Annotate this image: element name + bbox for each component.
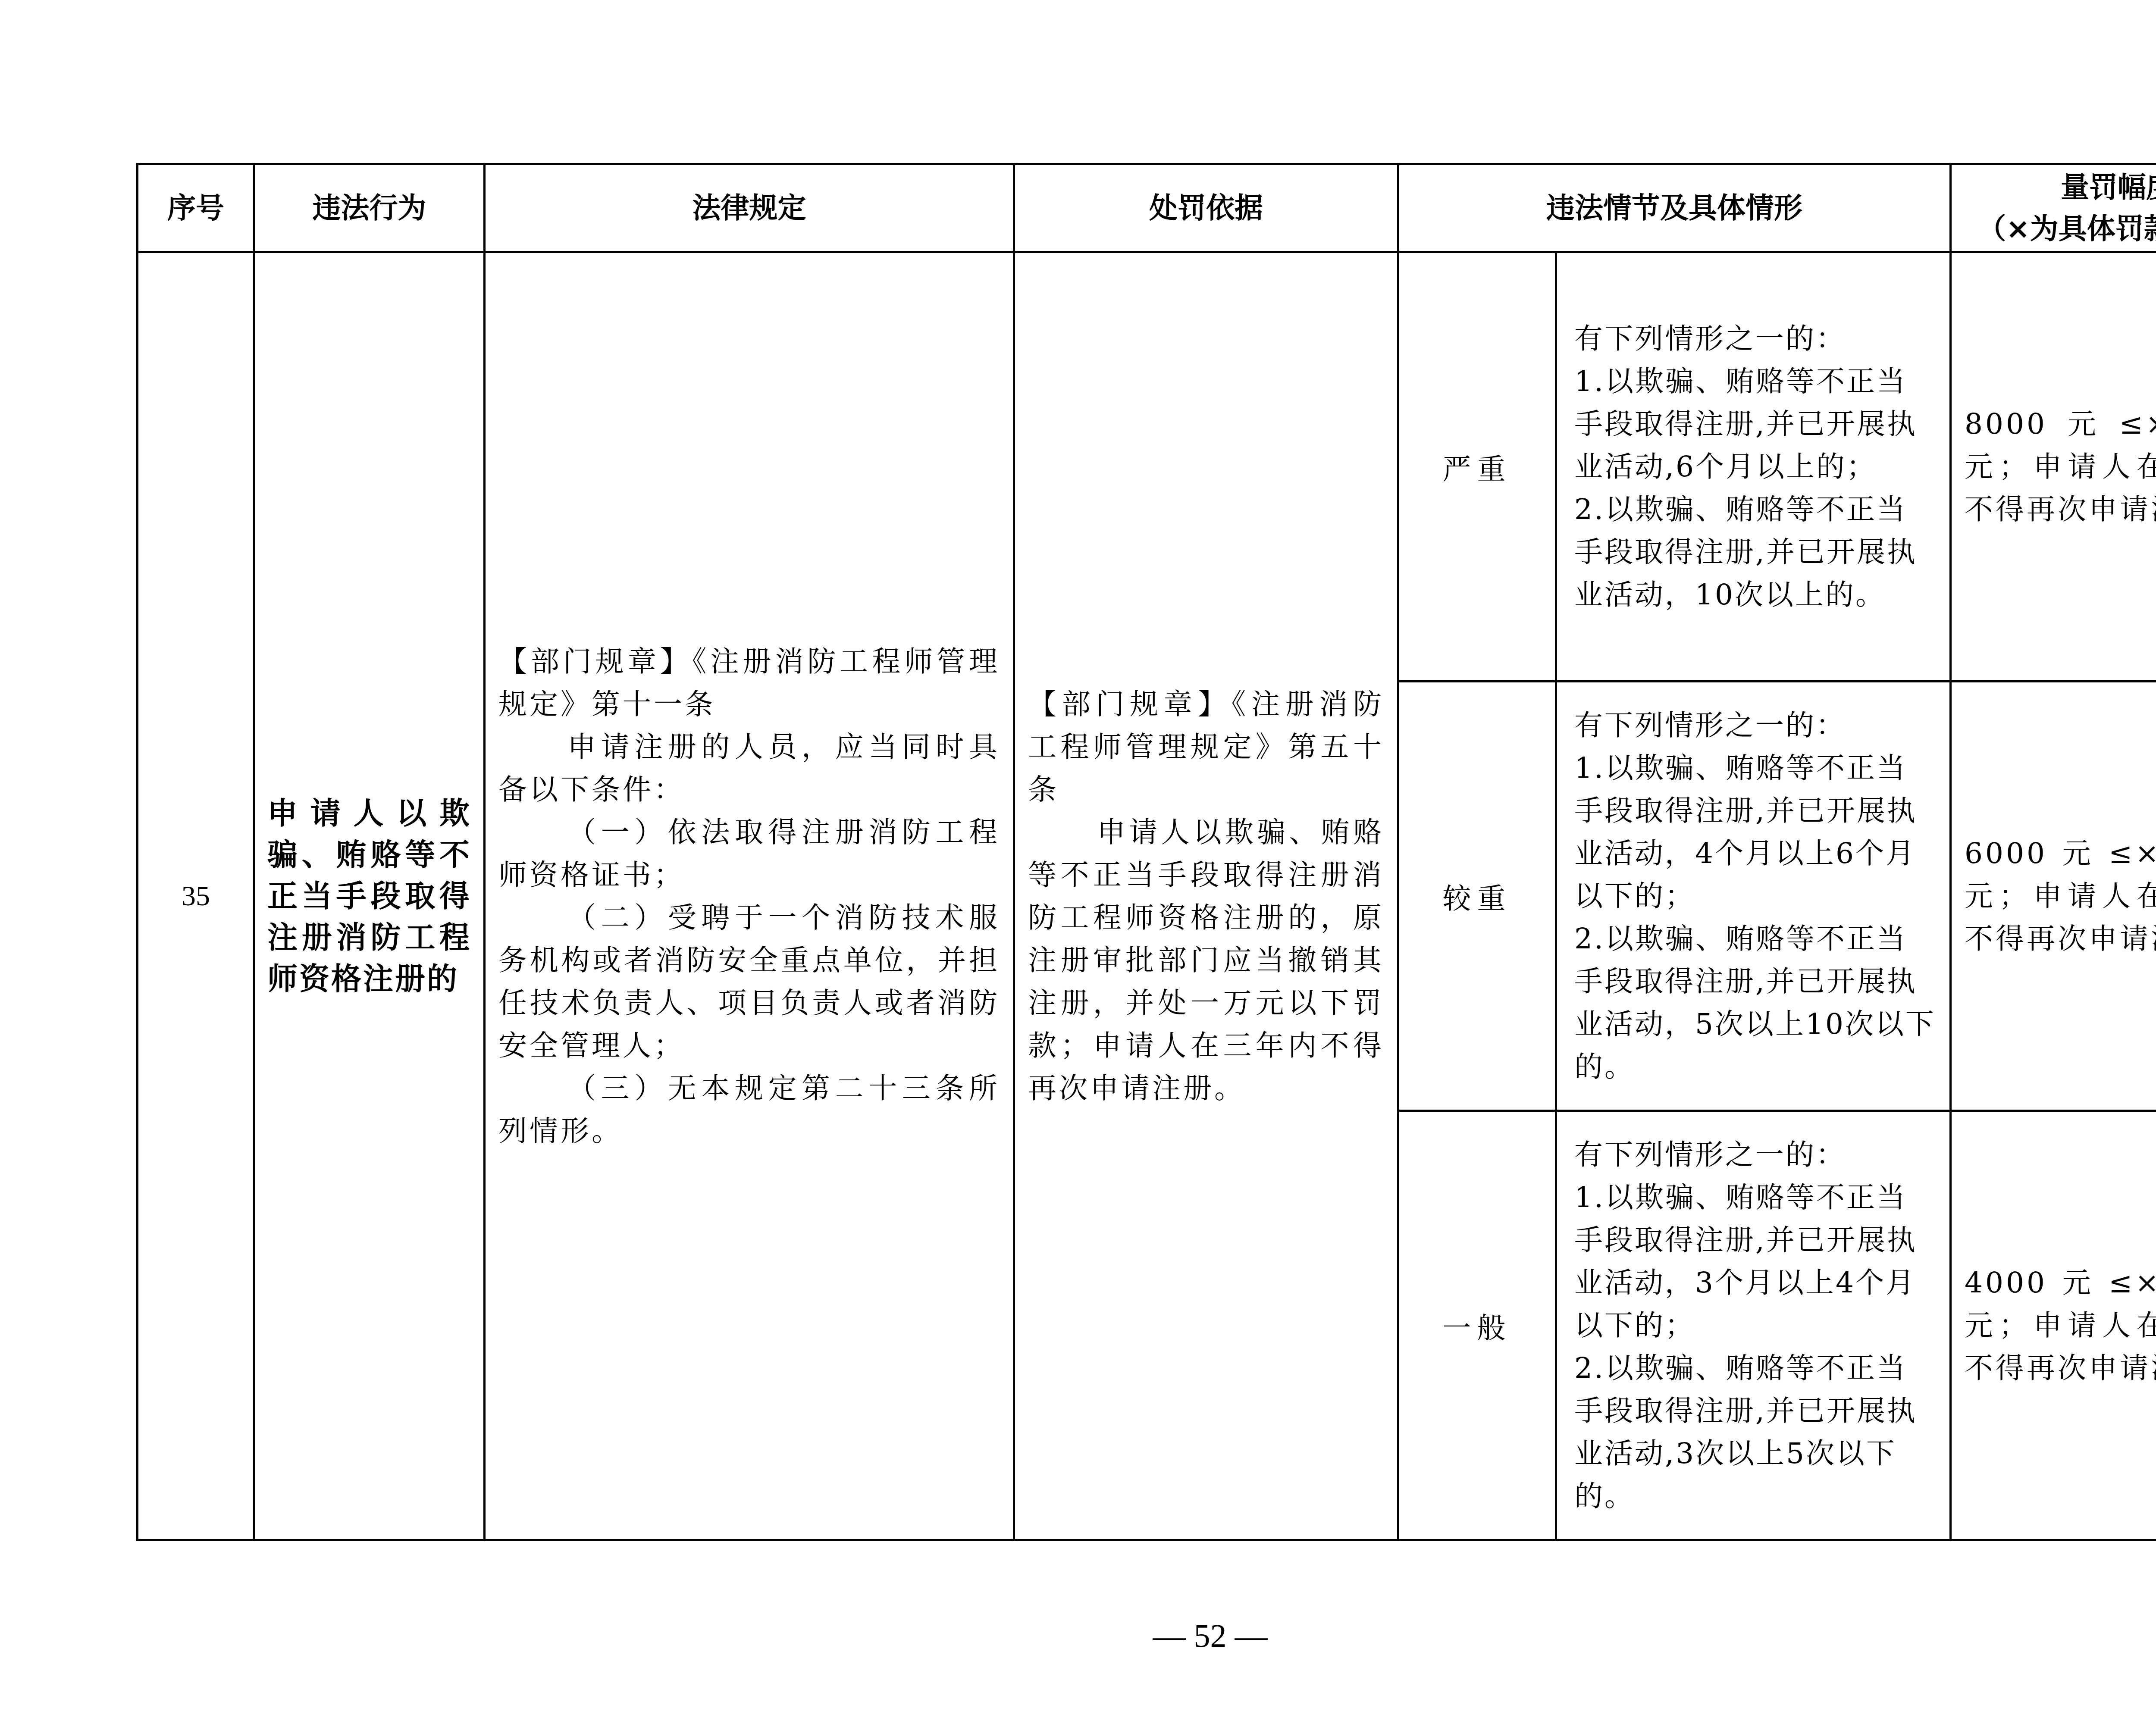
penalty-range-serious: 8000元≤×≤1万元；申请人在三年内不得再次申请注册 bbox=[1951, 252, 2156, 682]
detail-line: 1.以欺骗、贿赂等不正当手段取得注册,并已开展执业活动，3个月以上4个月以下的； bbox=[1574, 1176, 1937, 1347]
severity-level-relatively-serious: 较重 bbox=[1398, 682, 1556, 1111]
legal-provision-intro: 申请注册的人员，应当同时具备以下条件： bbox=[498, 726, 1000, 811]
legal-provision-title: 【部门规章】《注册消防工程师管理规定》第十一条 bbox=[498, 640, 1000, 726]
detail-line: 1.以欺骗、贿赂等不正当手段取得注册,并已开展执业活动,6个月以上的； bbox=[1574, 360, 1937, 488]
penalty-basis-text: 申请人以欺骗、贿赂等不正当手段取得注册消防工程师资格注册的，原注册审批部门应当撤… bbox=[1028, 811, 1384, 1110]
table-header-row: 序号 违法行为 法律规定 处罚依据 违法情节及具体情形 量罚幅度 （×为具体罚款… bbox=[138, 164, 2156, 252]
detail-line: 2.以欺骗、贿赂等不正当手段取得注册,并已开展执业活动,3次以上5次以下的。 bbox=[1574, 1347, 1937, 1517]
detail-line: 1.以欺骗、贿赂等不正当手段取得注册,并已开展执业活动，4个月以上6个月以下的； bbox=[1574, 747, 1937, 917]
header-penalty-basis: 处罚依据 bbox=[1014, 164, 1398, 252]
header-penalty-range-note: （×为具体罚款金额） bbox=[1952, 208, 2156, 250]
detail-line: 有下列情形之一的： bbox=[1574, 1133, 1937, 1176]
detail-line: 有下列情形之一的： bbox=[1574, 704, 1937, 747]
detail-line: 2.以欺骗、贿赂等不正当手段取得注册,并已开展执业活动，10次以上的。 bbox=[1574, 488, 1937, 616]
header-penalty-range: 量罚幅度 （×为具体罚款金额） bbox=[1951, 164, 2156, 252]
penalty-basis-cell: 【部门规章】《注册消防工程师管理规定》第五十条 申请人以欺骗、贿赂等不正当手段取… bbox=[1014, 252, 1398, 1540]
penalty-range-general: 4000元≤×≤6000元；申请人在三年内不得再次申请注册 bbox=[1951, 1111, 2156, 1540]
header-serial-number: 序号 bbox=[138, 164, 254, 252]
penalty-basis-title: 【部门规章】《注册消防工程师管理规定》第五十条 bbox=[1028, 683, 1384, 811]
detail-line: 有下列情形之一的： bbox=[1574, 317, 1937, 360]
severity-level-general: 一般 bbox=[1398, 1111, 1556, 1540]
legal-provision-item: （二）受聘于一个消防技术服务机构或者消防安全重点单位，并担任技术负责人、项目负责… bbox=[498, 896, 1000, 1067]
circumstance-detail-serious: 有下列情形之一的： 1.以欺骗、贿赂等不正当手段取得注册,并已开展执业活动,6个… bbox=[1556, 252, 1951, 682]
penalty-standard-table: 序号 违法行为 法律规定 处罚依据 违法情节及具体情形 量罚幅度 （×为具体罚款… bbox=[136, 163, 2156, 1541]
circumstance-detail-relatively-serious: 有下列情形之一的： 1.以欺骗、贿赂等不正当手段取得注册,并已开展执业活动，4个… bbox=[1556, 682, 1951, 1111]
violation-cell: 申请人以欺骗、贿赂等不正当手段取得注册消防工程师资格注册的 bbox=[254, 252, 485, 1540]
serial-number-cell: 35 bbox=[138, 252, 254, 1540]
penalty-range-relatively-serious: 6000元≤×≤8000元；申请人在三年内不得再次申请注册 bbox=[1951, 682, 2156, 1111]
legal-provision-cell: 【部门规章】《注册消防工程师管理规定》第十一条 申请注册的人员，应当同时具备以下… bbox=[485, 252, 1014, 1540]
legal-provision-item: （一）依法取得注册消防工程师资格证书； bbox=[498, 811, 1000, 896]
header-circumstances: 违法情节及具体情形 bbox=[1398, 164, 1951, 252]
header-penalty-range-title: 量罚幅度 bbox=[1952, 167, 2156, 208]
circumstance-detail-general: 有下列情形之一的： 1.以欺骗、贿赂等不正当手段取得注册,并已开展执业活动，3个… bbox=[1556, 1111, 1951, 1540]
detail-line: 2.以欺骗、贿赂等不正当手段取得注册,并已开展执业活动，5次以上10次以下的。 bbox=[1574, 917, 1937, 1088]
document-page: 序号 违法行为 法律规定 处罚依据 违法情节及具体情形 量罚幅度 （×为具体罚款… bbox=[0, 0, 2156, 1711]
severity-level-serious: 严重 bbox=[1398, 252, 1556, 682]
legal-provision-item: （三）无本规定第二十三条所列情形。 bbox=[498, 1067, 1000, 1152]
table-row: 35 申请人以欺骗、贿赂等不正当手段取得注册消防工程师资格注册的 【部门规章】《… bbox=[138, 252, 2156, 682]
header-violation: 违法行为 bbox=[254, 164, 485, 252]
page-number: — 52 — bbox=[0, 1614, 2156, 1658]
header-legal-provision: 法律规定 bbox=[485, 164, 1014, 252]
